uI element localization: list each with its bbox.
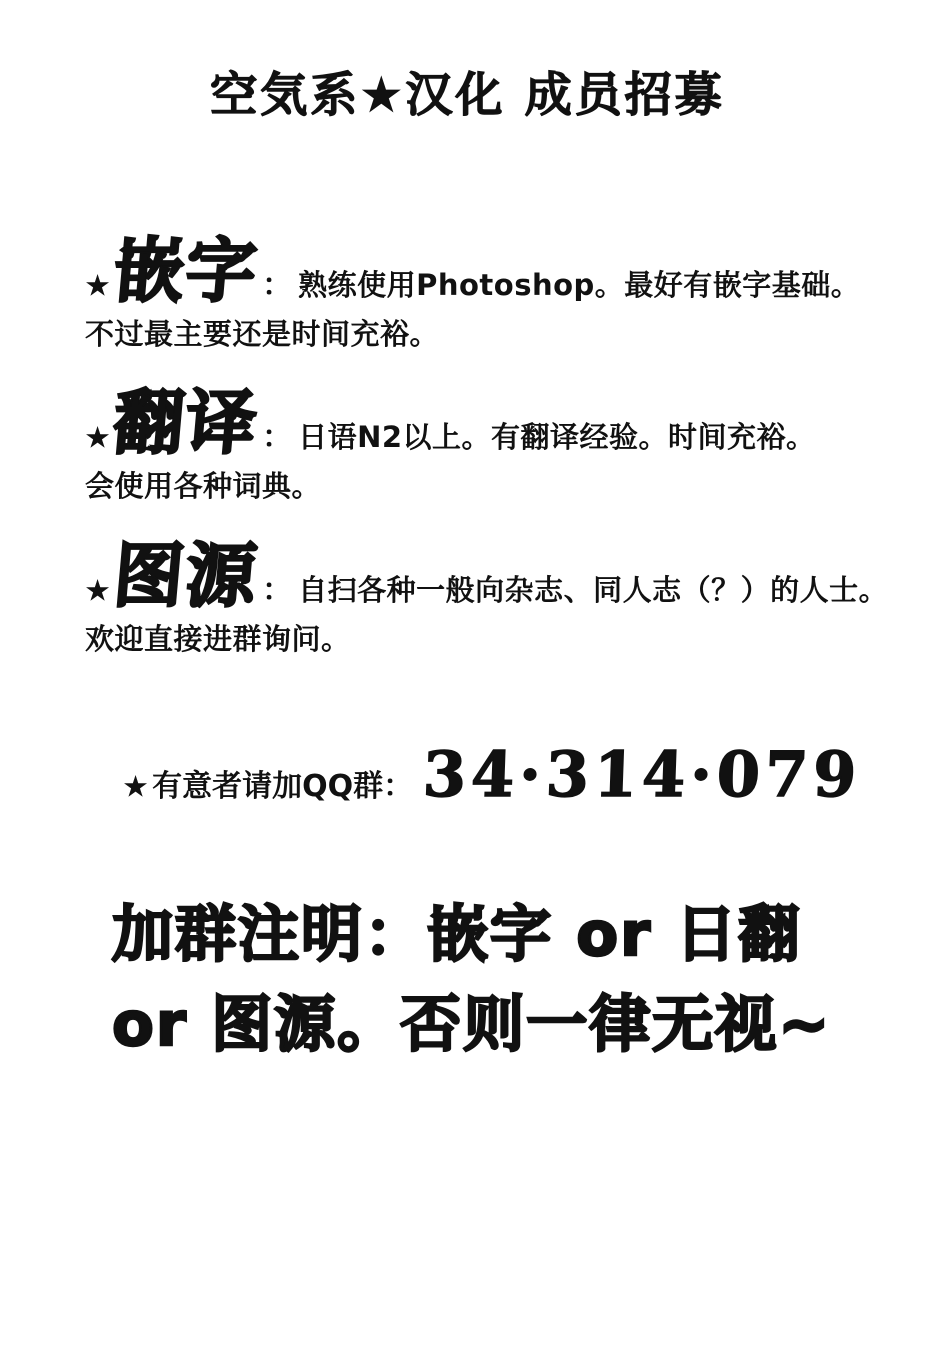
join-note-line1: 加群注明：嵌字 or 日翻: [112, 890, 875, 980]
section-typesetting-requirement: 熟练使用Photoshop。最好有嵌字基础。: [298, 263, 860, 304]
join-note-line2: or 图源。否则一律无视~: [112, 980, 875, 1070]
section-typesetting-heading: 嵌字: [111, 238, 261, 305]
qq-group-row: ★ 有意者请加QQ群： 34·314·079: [123, 744, 861, 806]
recruitment-notice-page: 空気系★汉化 成员招募 ★ 嵌字 ： 熟练使用Photoshop。最好有嵌字基础…: [0, 0, 935, 1358]
section-translation: ★ 翻译 ： 日语N2以上。有翻译经验。时间充裕。 会使用各种词典。: [85, 390, 895, 505]
section-raw-provider-requirement: 自扫各种一般向杂志、同人志（？）的人士。: [298, 568, 888, 609]
section-typesetting: ★ 嵌字 ： 熟练使用Photoshop。最好有嵌字基础。 不过最主要还是时间充…: [85, 238, 895, 353]
section-typesetting-colon: ：: [262, 260, 292, 304]
star-icon: ★: [85, 269, 110, 302]
star-icon: ★: [85, 421, 110, 454]
qq-group-number: 34·314·079: [422, 744, 862, 806]
section-typesetting-requirement-line2: 不过最主要还是时间充裕。: [85, 312, 895, 353]
section-raw-provider-requirement-line2: 欢迎直接进群询问。: [85, 617, 895, 658]
section-translation-heading: 翻译: [111, 390, 261, 457]
section-raw-provider-colon: ：: [262, 565, 292, 609]
section-translation-requirement: 日语N2以上。有翻译经验。时间充裕。: [298, 415, 815, 456]
page-title: 空気系★汉化 成员招募: [0, 58, 935, 125]
section-translation-colon: ：: [262, 412, 292, 456]
star-icon: ★: [123, 770, 148, 803]
section-typesetting-heading-row: ★ 嵌字 ： 熟练使用Photoshop。最好有嵌字基础。: [85, 238, 895, 305]
section-translation-requirement-line2: 会使用各种词典。: [85, 464, 895, 505]
star-icon: ★: [85, 574, 110, 607]
join-note: 加群注明：嵌字 or 日翻 or 图源。否则一律无视~: [112, 890, 875, 1071]
section-translation-heading-row: ★ 翻译 ： 日语N2以上。有翻译经验。时间充裕。: [85, 390, 895, 457]
section-raw-provider-heading: 图源: [111, 543, 261, 610]
qq-group-label: 有意者请加QQ群：: [152, 761, 413, 805]
section-raw-provider: ★ 图源 ： 自扫各种一般向杂志、同人志（？）的人士。 欢迎直接进群询问。: [85, 543, 895, 658]
section-raw-provider-heading-row: ★ 图源 ： 自扫各种一般向杂志、同人志（？）的人士。: [85, 543, 895, 610]
